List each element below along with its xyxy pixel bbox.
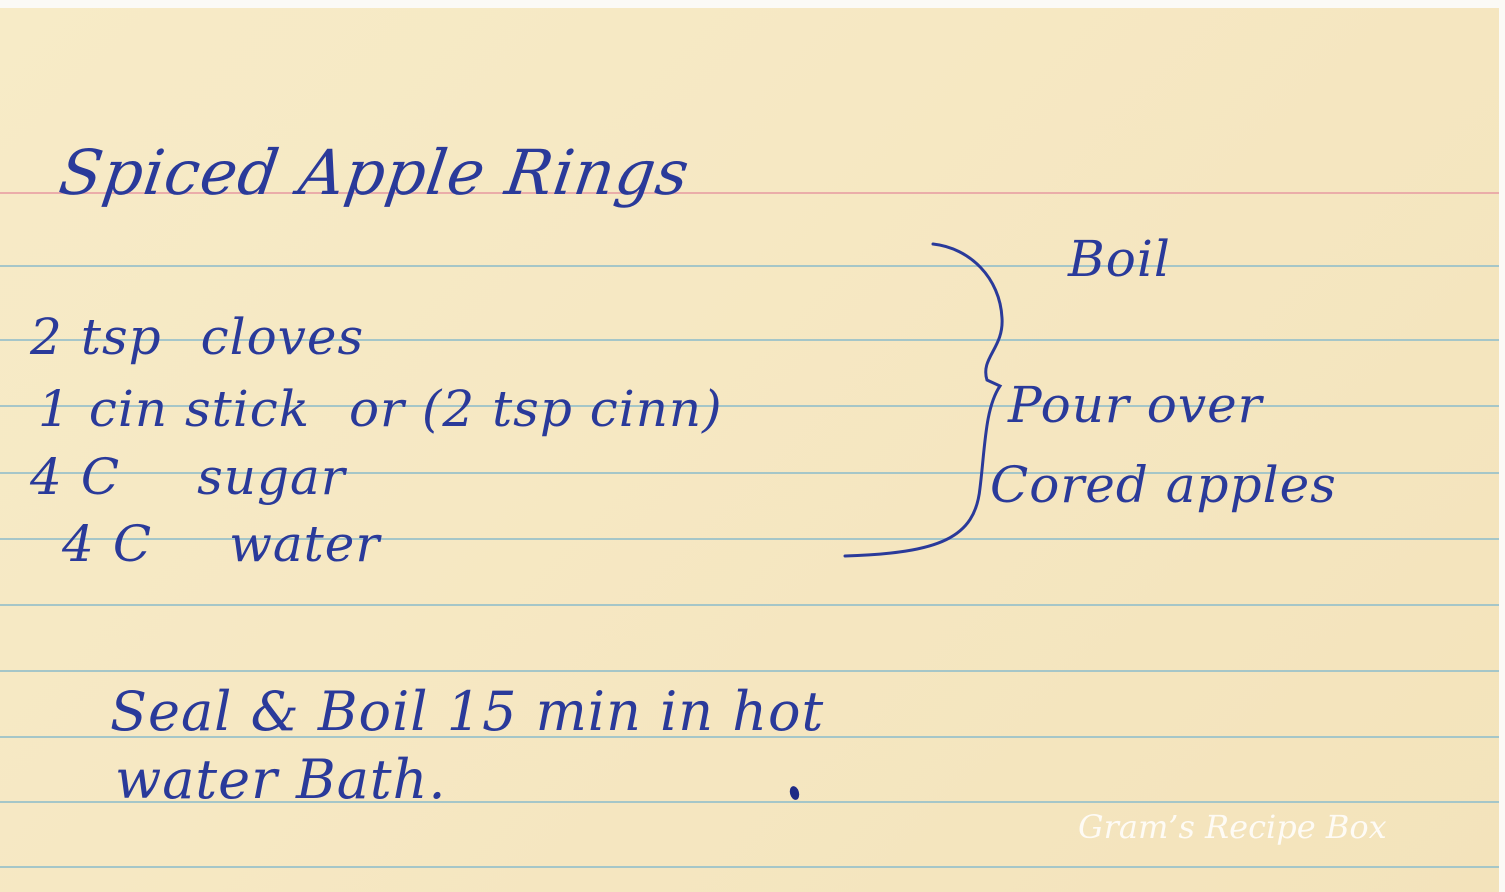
side-note-cored-apples: Cored apples xyxy=(990,456,1337,514)
instruction-line: Seal & Boil 15 min in hot xyxy=(110,680,824,743)
recipe-card: Spiced Apple Rings 2 tsp cloves 1 cin st… xyxy=(0,8,1499,892)
watermark: Gram’s Recipe Box xyxy=(1078,808,1387,846)
instruction-line: water Bath. xyxy=(115,748,447,811)
side-note-boil: Boil xyxy=(1068,230,1171,288)
side-note-pour-over: Pour over xyxy=(1008,376,1263,434)
